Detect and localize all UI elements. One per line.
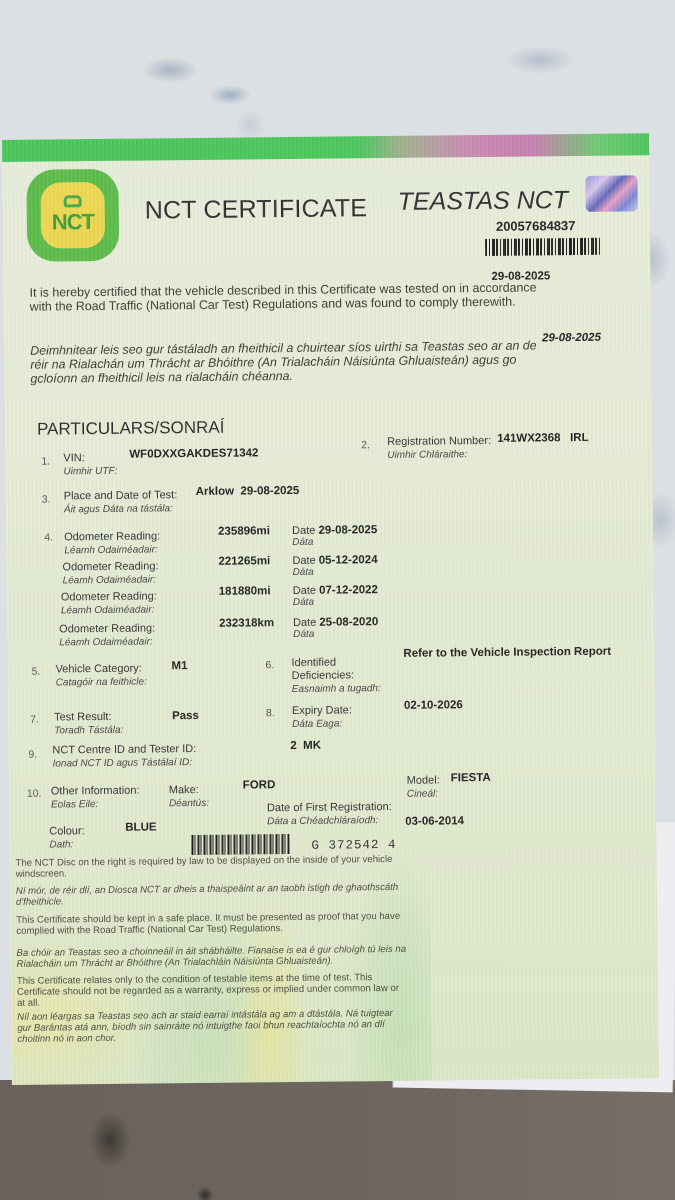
nct-logo: NCT [26, 169, 119, 262]
centre-tester-value: 2 MK [290, 740, 321, 752]
odometer-reading-value: 221265mi [218, 555, 270, 568]
certificate-title: NCT CERTIFICATE [145, 194, 368, 225]
place-date-value: Arklow 29-08-2025 [196, 485, 300, 498]
odometer-label: Odometer Reading:Léamh Odaiméadair: [64, 530, 160, 557]
notice-paragraph: Níl aon léargas sa Teastas seo ach ar st… [17, 1008, 407, 1045]
hologram-seal [585, 175, 637, 212]
vehicle-category-label: Vehicle Category:Catagóir na feithicle: [55, 663, 146, 690]
statement-irish: Deimhnitear leis seo gur tástáladh an fh… [30, 338, 550, 385]
odometer-label: Odometer Reading:Léamh Odaiméadair: [62, 560, 158, 587]
deficiencies-label: Identified Deficiencies:Easnaimh a tugad… [291, 656, 391, 696]
odometer-label: Odometer Reading:Léamh Odaiméadair: [61, 590, 157, 617]
model-label: Model:Cineál: [407, 774, 440, 800]
disc-serial-number: G 372542 4 [311, 838, 396, 853]
first-registration-label: Date of First Registration:Dáta a Chéadc… [267, 801, 392, 828]
place-date-label: Place and Date of Test:Áit agus Dáta na … [64, 489, 178, 516]
make-value: FORD [243, 779, 276, 791]
registration-value: 141WX2368 IRL [497, 432, 589, 445]
certificate-number: 20057684837 [496, 218, 576, 234]
registration-label: Registration Number:Uimhir Chláraithe: [387, 435, 491, 462]
deficiencies-value: Refer to the Vehicle Inspection Report [403, 646, 611, 660]
vin-label: VIN:Uimhir UTF: [63, 452, 117, 479]
nct-certificate: NCT NCT CERTIFICATE TEASTAS NCT 20057684… [2, 133, 659, 1085]
disc-barcode [191, 834, 289, 855]
expiry-date-label: Expiry Date:Dáta Eaga: [292, 704, 352, 731]
particulars-heading: PARTICULARS/SONRAÍ [37, 418, 225, 440]
odometer-date: Date 29-08-2025Dáta [292, 524, 377, 549]
centre-tester-label: NCT Centre ID and Tester ID:Ionad NCT ID… [52, 743, 196, 771]
model-value: FIESTA [451, 772, 491, 784]
other-info-label: Other Information:Eolas Eile: [51, 785, 140, 812]
notice-paragraph: The NCT Disc on the right is required by… [16, 854, 406, 880]
statement-irish-date: 29-08-2025 [542, 332, 601, 345]
vehicle-category-value: M1 [171, 660, 187, 672]
notice-paragraph: Ní mór, de réir dlí, an Diosca NCT ar dh… [16, 882, 406, 908]
table-surface [0, 1080, 675, 1200]
car-icon [64, 195, 82, 207]
certificate-title-irish: TEASTAS NCT [398, 186, 569, 217]
colour-value: BLUE [125, 821, 156, 833]
statement-english-date: 29-08-2025 [491, 270, 550, 283]
odometer-date: Date 25-08-2020Dáta [293, 616, 378, 641]
odometer-date: Date 07-12-2022Dáta [293, 584, 378, 609]
vin-value: WF0DXXGAKDES71342 [129, 447, 258, 460]
first-registration-value: 03-06-2014 [405, 815, 464, 828]
test-result-label: Test Result:Toradh Tástála: [54, 711, 123, 738]
notice-paragraph: This Certificate should be kept in a saf… [16, 911, 406, 937]
make-label: Make:Déantús: [169, 784, 209, 810]
colour-label: Colour:Dath: [49, 825, 85, 851]
statement-english: It is hereby certified that the vehicle … [30, 280, 550, 313]
notice-paragraph: This Certificate relates only to the con… [17, 972, 407, 1009]
odometer-date: Date 05-12-2024Dáta [292, 554, 377, 579]
test-result-value: Pass [172, 710, 199, 722]
odometer-label: Odometer Reading:Léamh Odaiméadair: [59, 622, 155, 649]
odometer-reading-value: 181880mi [219, 585, 271, 598]
odometer-reading-value: 232318km [219, 617, 274, 630]
certificate-barcode [485, 238, 600, 256]
notice-paragraph: Ba chóir an Teastas seo a choinneáil in … [16, 944, 406, 970]
expiry-date-value: 02-10-2026 [404, 699, 463, 712]
odometer-reading-value: 235896mi [218, 525, 270, 538]
